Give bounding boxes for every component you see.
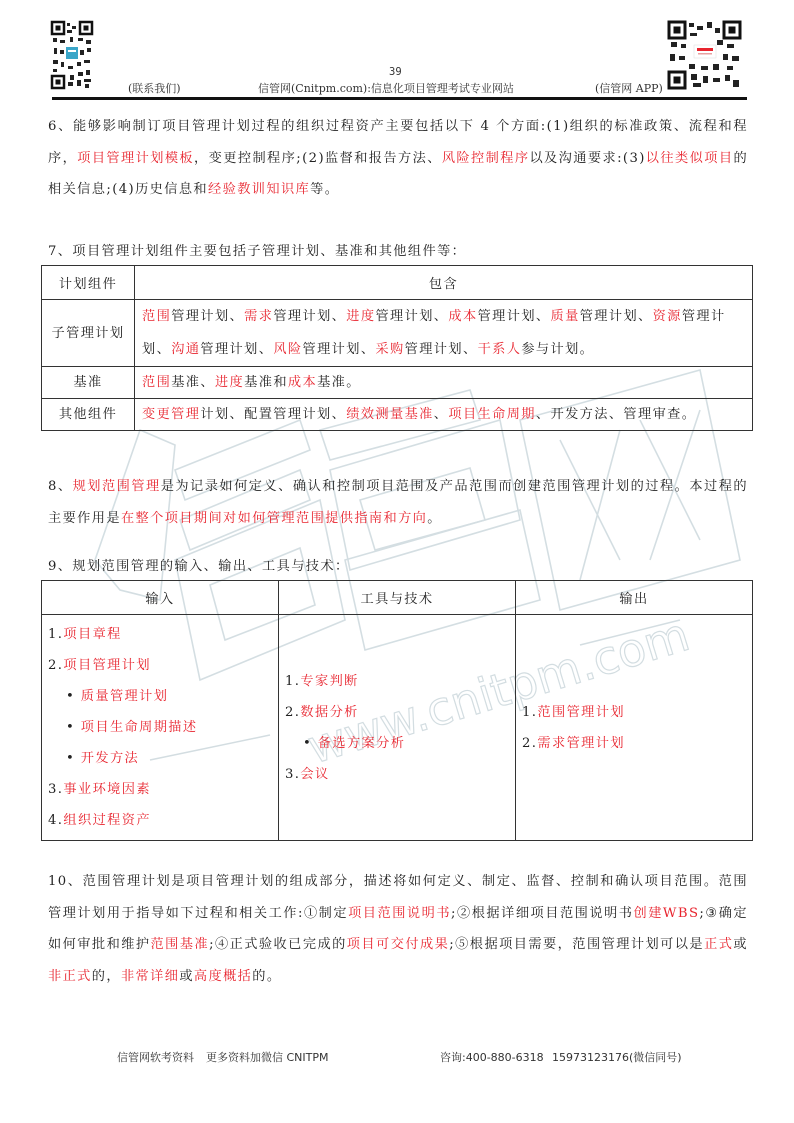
highlight-text: 规划范围管理 — [73, 479, 161, 494]
highlight-text: 高度概括 — [194, 969, 252, 984]
item-text: 专家判断 — [300, 674, 358, 689]
table-header-row: 输入 工具与技术 输出 — [42, 581, 753, 615]
text-segment: 以及沟通要求:(3) — [529, 151, 645, 166]
app-label: (信管网 APP) — [595, 80, 663, 96]
highlight-text: 项目可交付成果 — [347, 937, 450, 952]
text-segment: 管理计划、 — [171, 309, 244, 324]
highlight-text: 在整个项目期间对如何管理范围提供指南和方向 — [121, 511, 427, 526]
text-segment: 计划、配置管理计划、 — [200, 407, 346, 422]
text-segment: 8、 — [48, 479, 73, 494]
highlight-text: 干系人 — [478, 342, 522, 357]
text-segment: 管理计划、 — [200, 342, 273, 357]
header-divider — [52, 97, 747, 100]
column-header: 包含 — [135, 266, 753, 300]
item-text: 组织过程资产 — [63, 813, 151, 828]
section-7-title: 7、项目管理计划组件主要包括子管理计划、基准和其他组件等： — [48, 236, 748, 268]
item-number: 1. — [285, 674, 300, 689]
highlight-text: 进度 — [215, 375, 244, 390]
text-segment: 管理计划、 — [375, 309, 448, 324]
itto-table: 输入 工具与技术 输出 1.项目章程 2.项目管理计划 • 质量管理计划 • 项… — [41, 580, 753, 841]
item-text: 备选方案分析 — [318, 736, 406, 751]
list-item: 2.项目管理计划 — [48, 650, 272, 681]
item-number: 3. — [48, 782, 63, 797]
item-text: 数据分析 — [300, 705, 358, 720]
outputs-cell: 1.范围管理计划 2.需求管理计划 — [516, 615, 753, 841]
text-segment: 管理计划、 — [273, 309, 346, 324]
list-item: 3.会议 — [285, 759, 509, 790]
table-header-row: 计划组件 包含 — [42, 266, 753, 300]
list-item: 2.需求管理计划 — [522, 728, 746, 759]
footer-phone: 15973123176(微信同号) — [552, 1049, 682, 1065]
highlight-text: 进度 — [346, 309, 375, 324]
highlight-text: 需求 — [244, 309, 273, 324]
text-segment: ;④正式验收已完成的 — [209, 937, 347, 952]
table-row: 基准 范围基准、进度基准和成本基准。 — [42, 367, 753, 399]
text-segment: 等。 — [310, 182, 339, 197]
bullet-icon: • — [66, 689, 75, 704]
highlight-text: 资源 — [653, 309, 682, 324]
item-text: 项目管理计划 — [63, 658, 151, 673]
column-header-inputs: 输入 — [42, 581, 279, 615]
highlight-text: 成本 — [448, 309, 477, 324]
component-contents: 范围基准、进度基准和成本基准。 — [135, 367, 753, 399]
text-segment: ;⑤根据项目需要，范围管理计划可以是 — [449, 937, 704, 952]
text-segment: 管理计划、 — [405, 342, 478, 357]
site-title: 信管网(Cnitpm.com):信息化项目管理考试专业网站 — [258, 80, 514, 96]
outputs-list: 1.范围管理计划 2.需求管理计划 — [516, 615, 752, 763]
column-header-tools: 工具与技术 — [279, 581, 516, 615]
item-text: 质量管理计划 — [81, 689, 169, 704]
list-item: 1.范围管理计划 — [522, 697, 746, 728]
text-segment: 的。 — [252, 969, 281, 984]
highlight-text: 沟通 — [171, 342, 200, 357]
qr-code-icon — [50, 20, 94, 90]
list-item: 1.项目章程 — [48, 619, 272, 650]
text-segment: 基准、 — [171, 375, 215, 390]
bullet-icon: • — [303, 736, 312, 751]
list-item: 2.数据分析 — [285, 697, 509, 728]
highlight-text: 范围 — [142, 309, 171, 324]
highlight-text: 质量 — [551, 309, 580, 324]
text-segment: 参与计划。 — [521, 342, 594, 357]
item-number: 1. — [522, 705, 537, 720]
highlight-text: 非正式 — [48, 969, 92, 984]
text-segment: 或 — [179, 969, 194, 984]
item-number: 4. — [48, 813, 63, 828]
paragraph-8: 8、规划范围管理是为记录如何定义、确认和控制项目范围及产品范围而创建范围管理计划… — [48, 471, 748, 534]
list-item: • 备选方案分析 — [285, 728, 509, 759]
item-text: 会议 — [300, 767, 329, 782]
component-contents: 变更管理计划、配置管理计划、绩效测量基准、项目生命周期、开发方法、管理审查。 — [135, 399, 753, 431]
highlight-text: 项目管理计划模板 — [77, 151, 194, 166]
highlight-text: 绩效测量基准 — [346, 407, 434, 422]
qr-code-icon — [667, 20, 711, 90]
highlight-text: 项目范围说明书 — [348, 906, 451, 921]
item-number: 2. — [522, 736, 537, 751]
column-header: 计划组件 — [42, 266, 135, 300]
page-number: 39 — [389, 66, 402, 78]
footer-brand: 信管网软考资料 — [117, 1049, 194, 1065]
text-segment: 。 — [427, 511, 442, 526]
contact-us-label: (联系我们) — [128, 80, 181, 96]
text-segment: 基准和 — [244, 375, 288, 390]
list-item: • 质量管理计划 — [48, 681, 272, 712]
text-segment: 或 — [733, 937, 748, 952]
list-item: • 开发方法 — [48, 743, 272, 774]
highlight-text: 范围 — [142, 375, 171, 390]
table-row: 子管理计划 范围管理计划、需求管理计划、进度管理计划、成本管理计划、质量管理计划… — [42, 300, 753, 367]
highlight-text: 非常详细 — [121, 969, 179, 984]
highlight-text: 范围基准 — [151, 937, 210, 952]
highlight-text: 经验教训知识库 — [208, 182, 310, 197]
item-text: 事业环境因素 — [63, 782, 151, 797]
highlight-text: 风险控制程序 — [442, 151, 530, 166]
text-segment: ，变更控制程序;(2)监督和报告方法、 — [194, 151, 442, 166]
plan-components-table: 计划组件 包含 子管理计划 范围管理计划、需求管理计划、进度管理计划、成本管理计… — [41, 265, 753, 431]
paragraph-6: 6、能够影响制订项目管理计划过程的组织过程资产主要包括以下 4 个方面:(1)组… — [48, 111, 748, 206]
text-segment: 、开发方法、管理审查。 — [536, 407, 696, 422]
item-text: 范围管理计划 — [537, 705, 625, 720]
list-item: 3.事业环境因素 — [48, 774, 272, 805]
section-9-title: 9、规划范围管理的输入、输出、工具与技术： — [48, 551, 748, 583]
list-item: 1.专家判断 — [285, 666, 509, 697]
item-number: 3. — [285, 767, 300, 782]
highlight-text: 变更管理 — [142, 407, 200, 422]
highlight-text: 采购 — [375, 342, 404, 357]
footer-hotline: 咨询:400-880-6318 — [440, 1049, 544, 1065]
footer-wechat: 更多资料加微信 CNITPM — [206, 1049, 329, 1065]
inputs-list: 1.项目章程 2.项目管理计划 • 质量管理计划 • 项目生命周期描述 • 开发… — [42, 615, 278, 840]
text-segment: 基准。 — [317, 375, 361, 390]
inputs-cell: 1.项目章程 2.项目管理计划 • 质量管理计划 • 项目生命周期描述 • 开发… — [42, 615, 279, 841]
text-segment: 、 — [434, 407, 449, 422]
item-number: 2. — [48, 658, 63, 673]
text-segment: 的， — [92, 969, 121, 984]
highlight-text: 项目生命周期 — [448, 407, 536, 422]
item-number: 1. — [48, 627, 63, 642]
text-segment: 管理计划、 — [478, 309, 551, 324]
table-row: 1.项目章程 2.项目管理计划 • 质量管理计划 • 项目生命周期描述 • 开发… — [42, 615, 753, 841]
table-row: 其他组件 变更管理计划、配置管理计划、绩效测量基准、项目生命周期、开发方法、管理… — [42, 399, 753, 431]
column-header-outputs: 输出 — [516, 581, 753, 615]
item-text: 开发方法 — [81, 751, 139, 766]
component-name: 基准 — [42, 367, 135, 399]
tools-cell: 1.专家判断 2.数据分析 • 备选方案分析 3.会议 — [279, 615, 516, 841]
item-text: 项目生命周期描述 — [81, 720, 198, 735]
highlight-text: 创建WBS — [633, 906, 699, 921]
highlight-text: 成本 — [288, 375, 317, 390]
paragraph-10: 10、范围管理计划是项目管理计划的组成部分，描述将如何定义、制定、监督、控制和确… — [48, 866, 748, 992]
highlight-text: 以往类似项目 — [646, 151, 734, 166]
component-contents: 范围管理计划、需求管理计划、进度管理计划、成本管理计划、质量管理计划、资源管理计… — [135, 300, 753, 367]
item-number: 2. — [285, 705, 300, 720]
text-segment: ;②根据详细项目范围说明书 — [451, 906, 633, 921]
list-item: • 项目生命周期描述 — [48, 712, 272, 743]
tools-list: 1.专家判断 2.数据分析 • 备选方案分析 3.会议 — [279, 615, 515, 794]
component-name: 子管理计划 — [42, 300, 135, 367]
text-segment: 管理计划、 — [580, 309, 653, 324]
item-text: 需求管理计划 — [537, 736, 625, 751]
highlight-text: 风险 — [273, 342, 302, 357]
component-name: 其他组件 — [42, 399, 135, 431]
bullet-icon: • — [66, 720, 75, 735]
highlight-text: 正式 — [704, 937, 733, 952]
list-item: 4.组织过程资产 — [48, 805, 272, 836]
text-segment: 管理计划、 — [303, 342, 376, 357]
item-text: 项目章程 — [63, 627, 121, 642]
bullet-icon: • — [66, 751, 75, 766]
